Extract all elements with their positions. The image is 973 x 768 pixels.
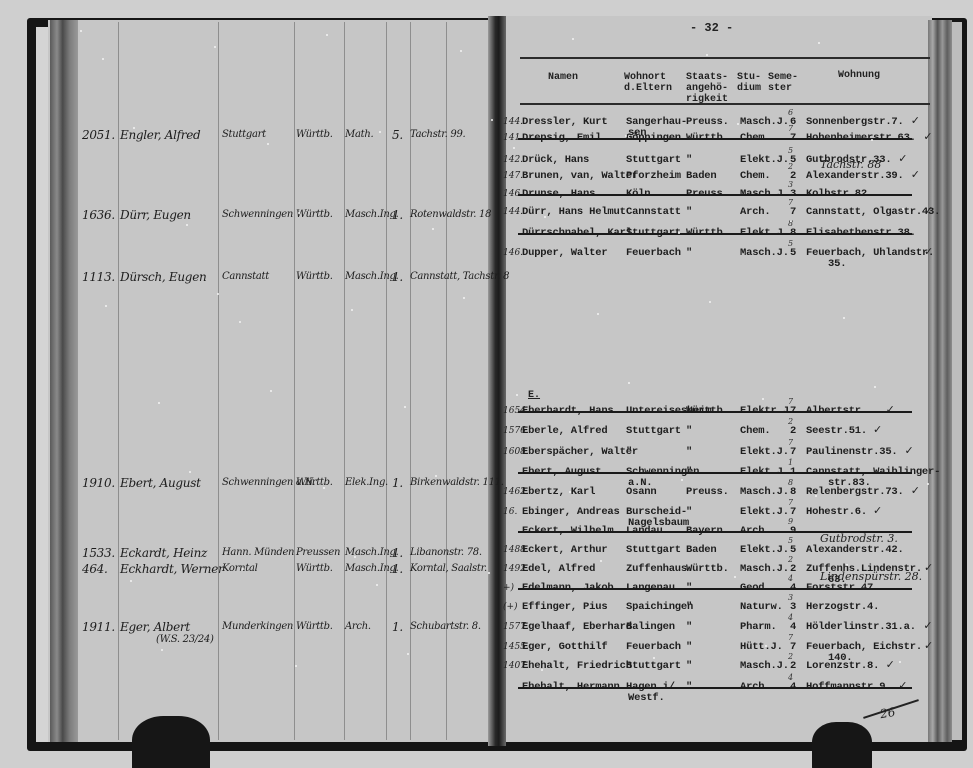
- entry-address: Relenbergstr.73.: [806, 486, 904, 498]
- page-number: - 32 -: [690, 21, 733, 35]
- handwritten-correction: Lindenspürstr. 28.: [820, 570, 922, 583]
- entry-name: Eberle, Alfred: [522, 425, 607, 437]
- paper-speck: [186, 224, 188, 226]
- entry-name: Eckardt, Heinz: [120, 546, 207, 560]
- entry-state: ": [686, 641, 692, 653]
- entry-study: Masch.J.: [740, 247, 789, 259]
- header-address: Wohnung: [838, 70, 880, 81]
- entry-number: 2051.: [82, 128, 115, 142]
- paper-speck: [214, 46, 216, 48]
- entry-address: Sonnenbergstr.7.: [806, 116, 904, 128]
- paper-speck: [513, 147, 515, 149]
- entry-state: ": [686, 206, 692, 218]
- entry-state: Preussen: [296, 547, 340, 558]
- entry-number: 464.: [82, 562, 108, 576]
- entry-origin: Stuttgart: [626, 425, 681, 437]
- entry-name: Egelhaaf, Eberhard: [522, 621, 632, 633]
- check-mark-icon: ✓: [924, 561, 933, 574]
- paper-speck: [295, 665, 297, 667]
- paper-speck: [874, 386, 876, 388]
- paper-speck: [706, 54, 708, 56]
- entry-name: Ebinger, Andreas: [522, 506, 620, 518]
- entry-semester: 7: [790, 206, 796, 218]
- paper-speck: [351, 309, 353, 311]
- entry-study: Hütt.J.: [740, 641, 783, 653]
- entry-address: Rotenwaldstr. 18: [410, 209, 491, 220]
- entry-semester: 1.: [392, 270, 403, 284]
- entry-semester: 2: [790, 660, 796, 672]
- entry-state: Baden: [686, 544, 717, 556]
- entry-name: Dressler, Kurt: [522, 116, 607, 128]
- paper-speck: [790, 220, 792, 222]
- column-rule: [218, 22, 219, 740]
- paper-speck: [902, 208, 904, 210]
- entry-semester: 1.: [392, 546, 403, 560]
- entry-name: Eger, Gotthilf: [522, 641, 607, 653]
- entry-state: Baden: [686, 170, 717, 182]
- handwritten-correction: Tachstr. 88: [820, 158, 881, 171]
- entry-semester: 2: [790, 425, 796, 437]
- check-mark-icon: ✓: [911, 168, 920, 181]
- entry-origin: Spaichingen: [626, 601, 693, 613]
- entry-address: Schubartstr. 8.: [410, 621, 481, 632]
- paper-speck: [544, 216, 546, 218]
- paper-speck: [130, 580, 132, 582]
- paper-speck: [871, 139, 873, 141]
- check-mark-icon: ✓: [924, 639, 933, 652]
- entry-semester: 1.: [392, 208, 403, 222]
- check-mark-icon: ✓: [923, 619, 932, 632]
- strike-through-line: [518, 194, 912, 196]
- paper-speck: [625, 135, 627, 137]
- entry-address: Cannstatt, Olgastr.43.: [806, 206, 940, 218]
- header-rule-top: [520, 57, 930, 59]
- entry-origin: Stuttgart: [626, 154, 681, 166]
- entry-origin: Feuerbach: [626, 247, 681, 259]
- entry-name: Eckert, Arthur: [522, 544, 607, 556]
- entry-semester: 1.: [392, 620, 403, 634]
- entry-study: Masch.J.: [740, 486, 789, 498]
- entry-origin: Korntal: [222, 563, 258, 574]
- paper-speck: [681, 479, 683, 481]
- entry-study: Masch.Ing.: [345, 563, 399, 574]
- paper-speck: [572, 38, 574, 40]
- entry-study: Naturw.: [740, 601, 783, 613]
- entry-origin: Cannstatt: [626, 206, 681, 218]
- check-mark-icon: ✓: [873, 423, 882, 436]
- entry-semester: 3: [790, 601, 796, 613]
- entry-name: Ebertz, Karl: [522, 486, 595, 498]
- entry-origin: Hann. Münden: [222, 547, 294, 558]
- entry-origin: Munderkingen: [222, 621, 293, 632]
- entry-number: 1910.: [82, 476, 115, 490]
- entry-number: 146.: [503, 248, 523, 258]
- entry-address: Seestr.51.: [806, 425, 867, 437]
- paper-speck: [600, 560, 602, 562]
- check-mark-icon: ✓: [886, 658, 895, 671]
- paper-speck: [491, 119, 493, 121]
- strike-through-line: [518, 233, 912, 235]
- strike-through-line: [518, 411, 912, 413]
- header-study: Stu- dium: [737, 72, 761, 94]
- paper-speck: [463, 297, 465, 299]
- entry-semester: 1.: [392, 476, 403, 490]
- entry-number: 144.: [503, 117, 523, 127]
- paper-speck: [737, 123, 739, 125]
- entry-origin: ": [626, 446, 632, 458]
- entry-address: Herzogstr.4.: [806, 601, 879, 613]
- thumb-left: [132, 716, 210, 768]
- header-origin: Wohnort d.Eltern: [624, 72, 672, 94]
- paper-speck: [161, 649, 163, 651]
- paper-speck: [354, 556, 356, 558]
- paper-speck: [762, 398, 764, 400]
- entry-origin: Schwenningen: [222, 209, 293, 220]
- paper-speck: [927, 483, 929, 485]
- entry-study: Chem.: [740, 170, 771, 182]
- entry-semester: 4: [790, 621, 796, 633]
- entry-name: Dürr, Hans Helmut: [522, 206, 626, 218]
- paper-speck: [158, 402, 160, 404]
- paper-speck: [379, 131, 381, 133]
- strike-through-line: [518, 687, 912, 689]
- entry-address: Lorenzstr.8.: [806, 660, 879, 672]
- column-rule: [118, 22, 119, 740]
- entry-study: Elekt.J.: [740, 506, 789, 518]
- strike-through-line: [518, 138, 912, 140]
- paper-speck: [80, 30, 82, 32]
- paper-speck: [242, 568, 244, 570]
- entry-name: Eger, Albert: [120, 620, 190, 634]
- entry-study: Chem.: [740, 425, 771, 437]
- entry-name: Dürr, Eugen: [120, 208, 191, 222]
- entry-study: Math.: [345, 129, 373, 140]
- entry-study: Masch.J.: [740, 563, 789, 575]
- paper-speck: [133, 127, 135, 129]
- entry-address-cont: 35.: [828, 258, 846, 270]
- section-heading-e: E.: [528, 390, 540, 401]
- entry-number: 1636.: [82, 208, 115, 222]
- entry-number: 1911.: [82, 620, 115, 634]
- entry-study: Arch.: [345, 621, 371, 632]
- paper-speck: [267, 143, 269, 145]
- strike-through-line: [518, 472, 912, 474]
- entry-study: Masch.Ing.: [345, 209, 399, 220]
- paper-speck: [460, 50, 462, 52]
- entry-state: ": [686, 660, 692, 672]
- paper-speck: [270, 390, 272, 392]
- entry-name: Dürsch, Eugen: [120, 270, 206, 284]
- entry-state: ": [686, 446, 692, 458]
- entry-number: 147.: [503, 171, 523, 181]
- paper-speck: [407, 653, 409, 655]
- entry-address: Alexanderstr.39.: [806, 170, 904, 182]
- entry-origin: Balingen: [626, 621, 675, 633]
- entry-number: 1533.: [82, 546, 115, 560]
- entry-state: Württb.: [296, 477, 333, 488]
- entry-name: Eckhardt, Werner: [120, 562, 223, 576]
- entry-origin: Osann: [626, 486, 657, 498]
- handwritten-correction: Gutbrodstr. 3.: [820, 532, 898, 545]
- entry-address: Korntal, Saalstr.: [410, 563, 487, 574]
- entry-origin: Cannstatt: [222, 271, 269, 282]
- entry-address: Hölderlinstr.31.a.: [806, 621, 916, 633]
- paper-speck: [432, 228, 434, 230]
- paper-speck: [239, 321, 241, 323]
- paper-speck: [488, 572, 490, 574]
- entry-origin: Feuerbach: [626, 641, 681, 653]
- check-mark-icon: ✓: [911, 484, 920, 497]
- entry-semester: 1.: [392, 562, 403, 576]
- folio-annotation: 26: [879, 705, 896, 721]
- entry-number: +): [503, 583, 514, 593]
- paper-speck: [516, 394, 518, 396]
- entry-state: ": [686, 247, 692, 259]
- entry-state: Preuss.: [686, 116, 729, 128]
- entry-study: Arch.: [740, 206, 771, 218]
- paper-speck: [404, 406, 406, 408]
- check-mark-icon: ✓: [924, 204, 933, 217]
- paper-speck: [298, 212, 300, 214]
- entry-address: Feuerbach, Uhlandstr.: [806, 247, 934, 259]
- entry-state: Württb.: [296, 563, 333, 574]
- paper-speck: [102, 58, 104, 60]
- entry-name: Brunen, van, Walter: [522, 170, 638, 182]
- entry-name: Effinger, Pius: [522, 601, 607, 613]
- entry-address: Cannstatt, Tachstr. 8: [410, 271, 509, 282]
- entry-address: Feuerbach, Eichstr.: [806, 641, 922, 653]
- entry-origin: Zuffenhaus.: [626, 563, 693, 575]
- entry-state: ": [686, 621, 692, 633]
- entry-state: Württb.: [296, 209, 333, 220]
- column-rule: [386, 22, 387, 740]
- column-rule: [294, 22, 295, 740]
- entry-semester: 5.: [392, 128, 403, 142]
- entry-study: Elekt.J.: [740, 544, 789, 556]
- paper-speck: [189, 471, 191, 473]
- entry-note: (W.S. 23/24): [156, 634, 214, 645]
- entry-number: 142.: [503, 155, 523, 165]
- paper-speck: [899, 661, 901, 663]
- entry-name: Eberspächer, Walter: [522, 446, 638, 458]
- entry-name: Drück, Hans: [522, 154, 589, 166]
- entry-semester: 5: [790, 247, 796, 259]
- check-mark-icon: ✓: [905, 444, 914, 457]
- entry-origin: Stuttgart: [626, 660, 681, 672]
- entry-number: 1113.: [82, 270, 115, 284]
- check-mark-icon: ✓: [924, 245, 933, 258]
- entry-state: Württb.: [686, 563, 729, 575]
- paper-speck: [653, 657, 655, 659]
- paper-speck: [709, 301, 711, 303]
- paper-speck: [217, 293, 219, 295]
- entry-name: Edel, Alfred: [522, 563, 595, 575]
- left-page-edge: [50, 20, 78, 742]
- entry-origin: Pforzheim: [626, 170, 681, 182]
- entry-address: Alexanderstr.42.: [806, 544, 904, 556]
- paper-speck: [843, 317, 845, 319]
- thumb-right: [812, 722, 872, 768]
- entry-study: Masch.J.: [740, 116, 789, 128]
- entry-state: Württb.: [296, 271, 333, 282]
- entry-state: Preuss.: [686, 486, 729, 498]
- entry-state: ": [686, 506, 692, 518]
- check-mark-icon: ✓: [898, 152, 907, 165]
- entry-address: Libanonstr. 78.: [410, 547, 482, 558]
- entry-study: Elek.Ing.: [345, 477, 388, 488]
- strike-through-line: [518, 588, 912, 590]
- paper-speck: [765, 645, 767, 647]
- entry-address: Birkenwaldstr. 111.: [410, 477, 504, 488]
- paper-speck: [678, 232, 680, 234]
- entry-name: Engler, Alfred: [120, 128, 200, 142]
- entry-name: Ebert, August: [120, 476, 201, 490]
- check-mark-icon: ✓: [898, 679, 907, 692]
- entry-number: (+): [503, 602, 518, 612]
- check-mark-icon: ✓: [923, 130, 932, 143]
- right-page-edge: [928, 20, 952, 742]
- entry-name: Dupper, Walter: [522, 247, 607, 259]
- cover-edge-right: [952, 22, 962, 740]
- paper-speck: [569, 491, 571, 493]
- entry-study: Masch.Ing.: [345, 271, 399, 282]
- entry-semester: 8: [790, 486, 796, 498]
- entry-origin: Stuttgart: [626, 544, 681, 556]
- entry-address: Tachstr. 99.: [410, 129, 465, 140]
- header-name: Namen: [548, 72, 578, 83]
- entry-name: Ehehalt, Friedrich: [522, 660, 632, 672]
- paper-speck: [435, 475, 437, 477]
- paper-speck: [597, 313, 599, 315]
- entry-number: 144.: [503, 207, 523, 217]
- entry-study: Masch.J.: [740, 660, 789, 672]
- paper-speck: [815, 495, 817, 497]
- entry-address: Hohestr.6.: [806, 506, 867, 518]
- paper-speck: [105, 305, 107, 307]
- paper-speck: [323, 487, 325, 489]
- entry-origin: Stuttgart: [222, 129, 266, 140]
- entry-study: Pharm.: [740, 621, 777, 633]
- paper-speck: [628, 382, 630, 384]
- entry-number: 16.: [503, 507, 517, 517]
- paper-speck: [734, 576, 736, 578]
- paper-speck: [326, 34, 328, 36]
- entry-address: Paulinenstr.35.: [806, 446, 898, 458]
- entry-state: ": [686, 601, 692, 613]
- paper-speck: [541, 669, 543, 671]
- check-mark-icon: ✓: [873, 504, 882, 517]
- paper-speck: [376, 584, 378, 586]
- header-state: Staats- angehö- rigkeit: [686, 72, 728, 105]
- entry-state: ": [686, 425, 692, 437]
- paper-speck: [818, 42, 820, 44]
- header-semester: Seme- ster: [768, 72, 798, 94]
- entry-study: Elekt.J.: [740, 446, 789, 458]
- entry-state: Württb.: [296, 621, 333, 632]
- entry-origin-cont: Westf.: [628, 692, 665, 704]
- entry-state: Württb.: [296, 129, 333, 140]
- check-mark-icon: ✓: [886, 403, 895, 416]
- entry-state: ": [686, 154, 692, 166]
- check-mark-icon: ✓: [911, 114, 920, 127]
- paper-speck: [846, 564, 848, 566]
- entry-study: Elekt.J.: [740, 154, 789, 166]
- entry-semester: 7: [790, 446, 796, 458]
